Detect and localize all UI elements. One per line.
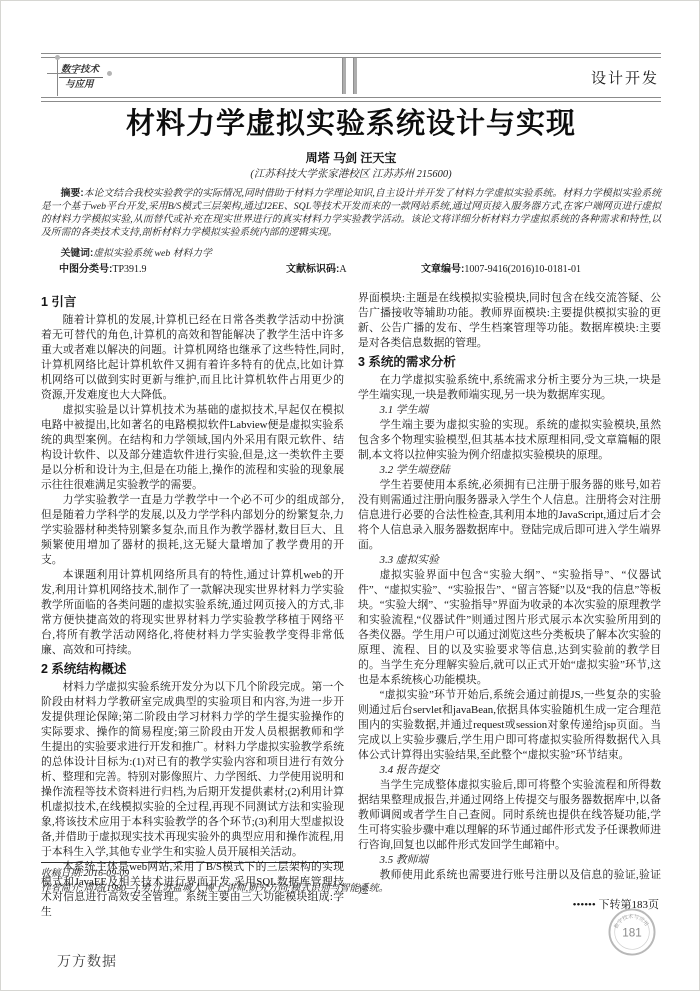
article-body: 1 引言 随着计算机的发展,计算机已经在日常各类教学活动中扮演着无可替代的角色,…: [41, 291, 661, 920]
subsection-heading: 3.1 学生端: [358, 403, 661, 418]
abstract-text: 本论文结合我校实验教学的实际情况,同时借助于材料力学理论知识,自主设计并开发了材…: [41, 188, 661, 238]
clc-number: 中图分类号:TP391.9: [59, 260, 147, 275]
logo-dot-icon: [55, 55, 60, 60]
article-authors: 周塔 马剑 汪天宝: [1, 149, 700, 166]
body-paragraph: “虚拟实验”环节开始后,系统会通过前提JS,一些复杂的实验则通过后台servle…: [358, 688, 661, 763]
column-section-label: 设计开发: [591, 67, 659, 88]
body-paragraph: 虚拟实验是以计算机技术为基础的虚拟技术,早起仅在模拟电路中被提出,比如著名的电路…: [41, 403, 344, 493]
body-paragraph: 力学实验教学一直是力学教学中一个必不可少的组成部分,但是随着力学科学的发展,以及…: [41, 493, 344, 568]
body-paragraph: 虚拟实验界面中包含“实验大纲”、“实验指导”、“仪器试件”、“虚拟实验”、“实验…: [358, 568, 661, 688]
article-id: 文章编号:1007-9416(2016)10-0181-01: [421, 260, 581, 275]
keywords-label: 关键词:: [61, 248, 94, 259]
body-paragraph: 随着计算机的发展,计算机已经在日常各类教学活动中扮演着无可替代的角色,计算机的高…: [41, 313, 344, 403]
section-heading: 2 系统结构概述: [41, 662, 344, 677]
article-affiliation: (江苏科技大学张家港校区 江苏苏州 215600): [1, 166, 700, 181]
keywords-text: 虚拟实验系统 web 材料力学: [93, 248, 212, 259]
journal-page: 数字技术 与应用 设计开发 材料力学虚拟实验系统设计与实现 周塔 马剑 汪天宝 …: [0, 0, 700, 991]
right-column: 界面模块:主题是在线模拟实验模块,同时包含在线交流答疑、公告广播接收等辅助功能。…: [358, 291, 661, 920]
footnote-rule: [41, 862, 343, 863]
section-heading: 1 引言: [41, 295, 344, 310]
meta-line: 中图分类号:TP391.9 文献标识码:A 文章编号:1007-9416(201…: [41, 260, 661, 274]
wanfang-watermark: 万方数据: [57, 951, 117, 971]
page-number: 181: [622, 926, 642, 939]
document-code: 文献标识码:A: [286, 260, 347, 275]
left-column: 1 引言 随着计算机的发展,计算机已经在日常各类教学活动中扮演着无可替代的角色,…: [41, 291, 344, 920]
subsection-heading: 3.4 报告提交: [358, 763, 661, 778]
journal-logo: 数字技术 与应用: [47, 58, 133, 98]
keywords-line: 关键词:虚拟实验系统 web 材料力学: [41, 245, 661, 259]
body-paragraph: 界面模块:主题是在线模拟实验模块,同时包含在线交流答疑、公告广播接收等辅助功能。…: [358, 291, 661, 351]
abstract-paragraph: 摘要:本论文结合我校实验教学的实际情况,同时借助于材料力学理论知识,自主设计并开…: [41, 187, 661, 239]
page-number-stamp: 数字技术与应用 181: [606, 906, 658, 958]
logo-vertical-line: [57, 58, 58, 96]
body-paragraph: 学生若要使用本系统,必须拥有已注册于服务器的账号,如若没有则需通过注册向服务器录…: [358, 478, 661, 553]
journal-name-line2: 与应用: [65, 76, 94, 90]
abstract-label: 摘要:: [61, 188, 84, 199]
body-paragraph: 学生端主要为虚拟实验的实现。系统的虚拟实验模块,虽然包含多个物理实验模型,但其基…: [358, 418, 661, 463]
body-paragraph: 当学生完成整体虚拟实验后,即可将整个实验流程和所得数据结果整理成报告,并通过网络…: [358, 778, 661, 853]
body-paragraph: 材料力学虚拟实验系统开发分为以下几个阶段完成。第一个阶段由材料力学教研室完成典型…: [41, 680, 344, 860]
footnote-block: 收稿日期:2016-09-09 作者简介:周塔(1980—),男,江苏盐城人,博…: [41, 862, 661, 896]
received-date-line: 收稿日期:2016-09-09: [41, 867, 661, 882]
article-title: 材料力学虚拟实验系统设计与实现: [1, 101, 700, 142]
body-paragraph: 在力学虚拟实验系统中,系统需求分析主要分为三块,一块是学生端实现,一块是教师端实…: [358, 373, 661, 403]
subsection-heading: 3.3 虚拟实验: [358, 553, 661, 568]
body-paragraph: 本课题利用计算机网络所具有的特性,通过计算机web的开发,利用计算机网络技术,制…: [41, 568, 344, 658]
author-bio-line: 作者简介:周塔(1980—),男,江苏盐城人,博士,讲师,研究方向:模式识别与智…: [41, 882, 661, 897]
subsection-heading: 3.2 学生端登陆: [358, 463, 661, 478]
section-heading: 3 系统的需求分析: [358, 355, 661, 370]
logo-dot-icon: [107, 71, 112, 76]
header-divider-bars-icon: [342, 58, 357, 94]
